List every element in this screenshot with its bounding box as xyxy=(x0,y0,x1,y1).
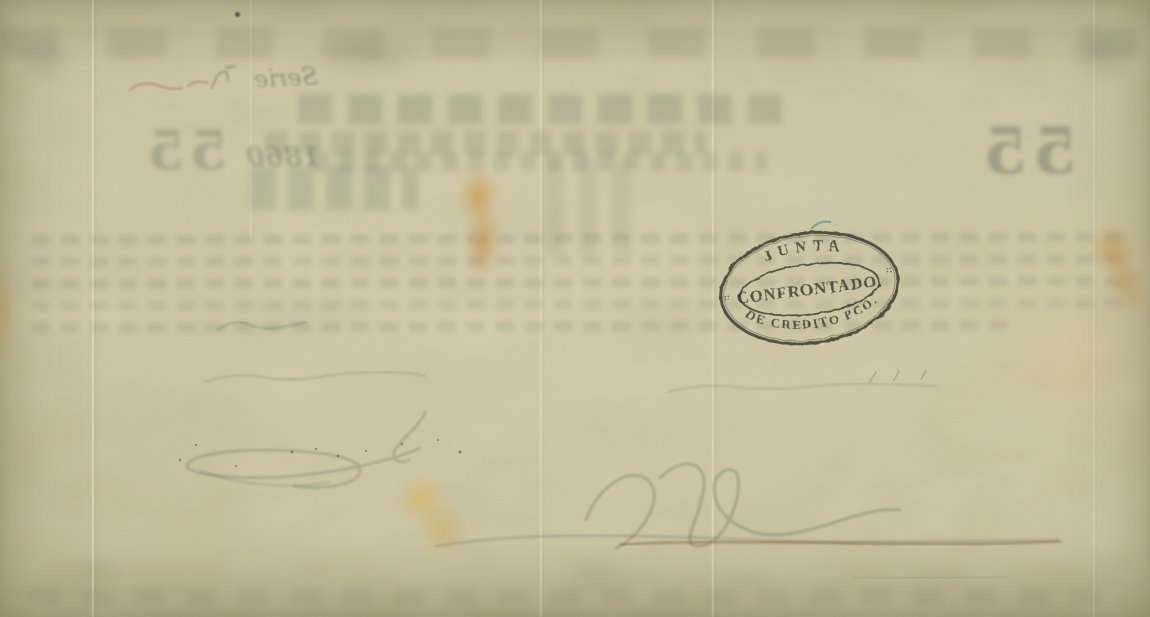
edge-vignette xyxy=(0,0,1150,617)
banknote-back-scan: Serie 55 55 1860 xyxy=(0,0,1150,617)
